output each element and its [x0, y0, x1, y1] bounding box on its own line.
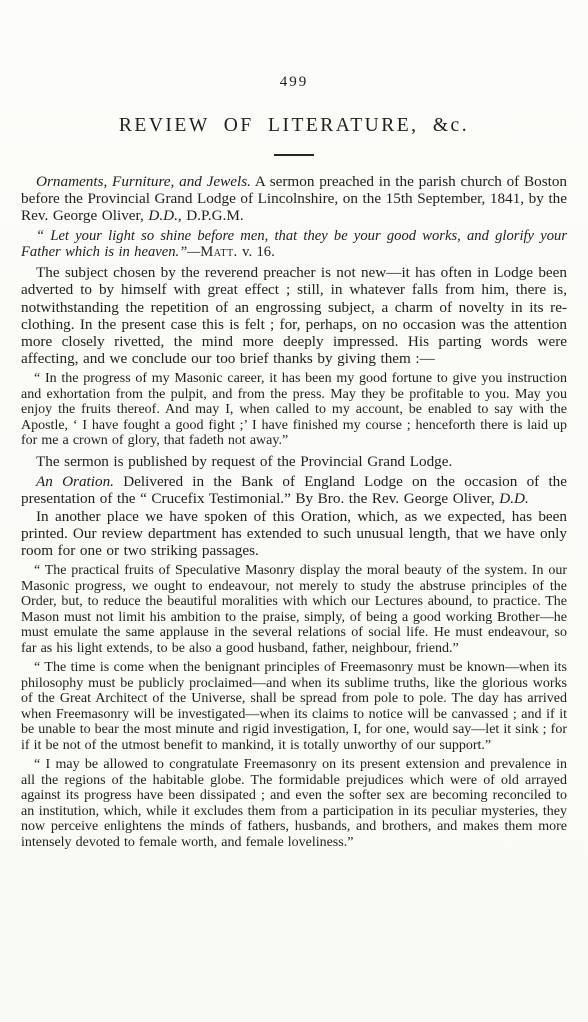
epigraph-paragraph: “ Let your light so shine before men, th… — [21, 228, 567, 262]
title-rule — [274, 154, 314, 156]
oration-author-degree: D.D. — [499, 490, 529, 507]
sermon-review-paragraph: The subject chosen by the reverend preac… — [21, 264, 567, 367]
section-title: REVIEW OF LITERATURE, &c. — [21, 115, 567, 137]
publication-note-paragraph: The sermon is published by request of th… — [21, 453, 567, 470]
epigraph-quote: “ Let your light so shine before men, th… — [21, 228, 567, 261]
oration-heading-paragraph: An Oration. Delivered in the Bank of Eng… — [21, 473, 567, 507]
epigraph-reference-verse: v. 16. — [238, 244, 275, 260]
oration-quote-2-paragraph: “ The time is come when the benignant pr… — [21, 660, 567, 753]
oration-review-paragraph: In another place we have spoken of this … — [21, 508, 567, 560]
oration-title: An Oration. — [36, 473, 114, 490]
body-text: Ornaments, Furniture, and Jewels. A serm… — [21, 173, 567, 850]
sermon-title: Ornaments, Furniture, and Jewels. — [36, 173, 251, 190]
oration-quote-1-paragraph: “ The practical fruits of Speculative Ma… — [21, 563, 567, 656]
sermon-quote-paragraph: “ In the progress of my Masonic career, … — [21, 371, 567, 449]
oration-quote-3-paragraph: “ I may be allowed to congratulate Freem… — [21, 757, 567, 850]
sermon-author-degree: D.D., — [148, 207, 181, 224]
epigraph-reference-book: Matt. — [200, 244, 237, 260]
sermon-heading-paragraph: Ornaments, Furniture, and Jewels. A serm… — [21, 173, 567, 225]
scanned-page: 499 REVIEW OF LITERATURE, &c. Ornaments,… — [0, 0, 588, 1022]
sermon-author-office: D.P.G.M. — [186, 207, 243, 224]
page-number: 499 — [21, 74, 567, 91]
